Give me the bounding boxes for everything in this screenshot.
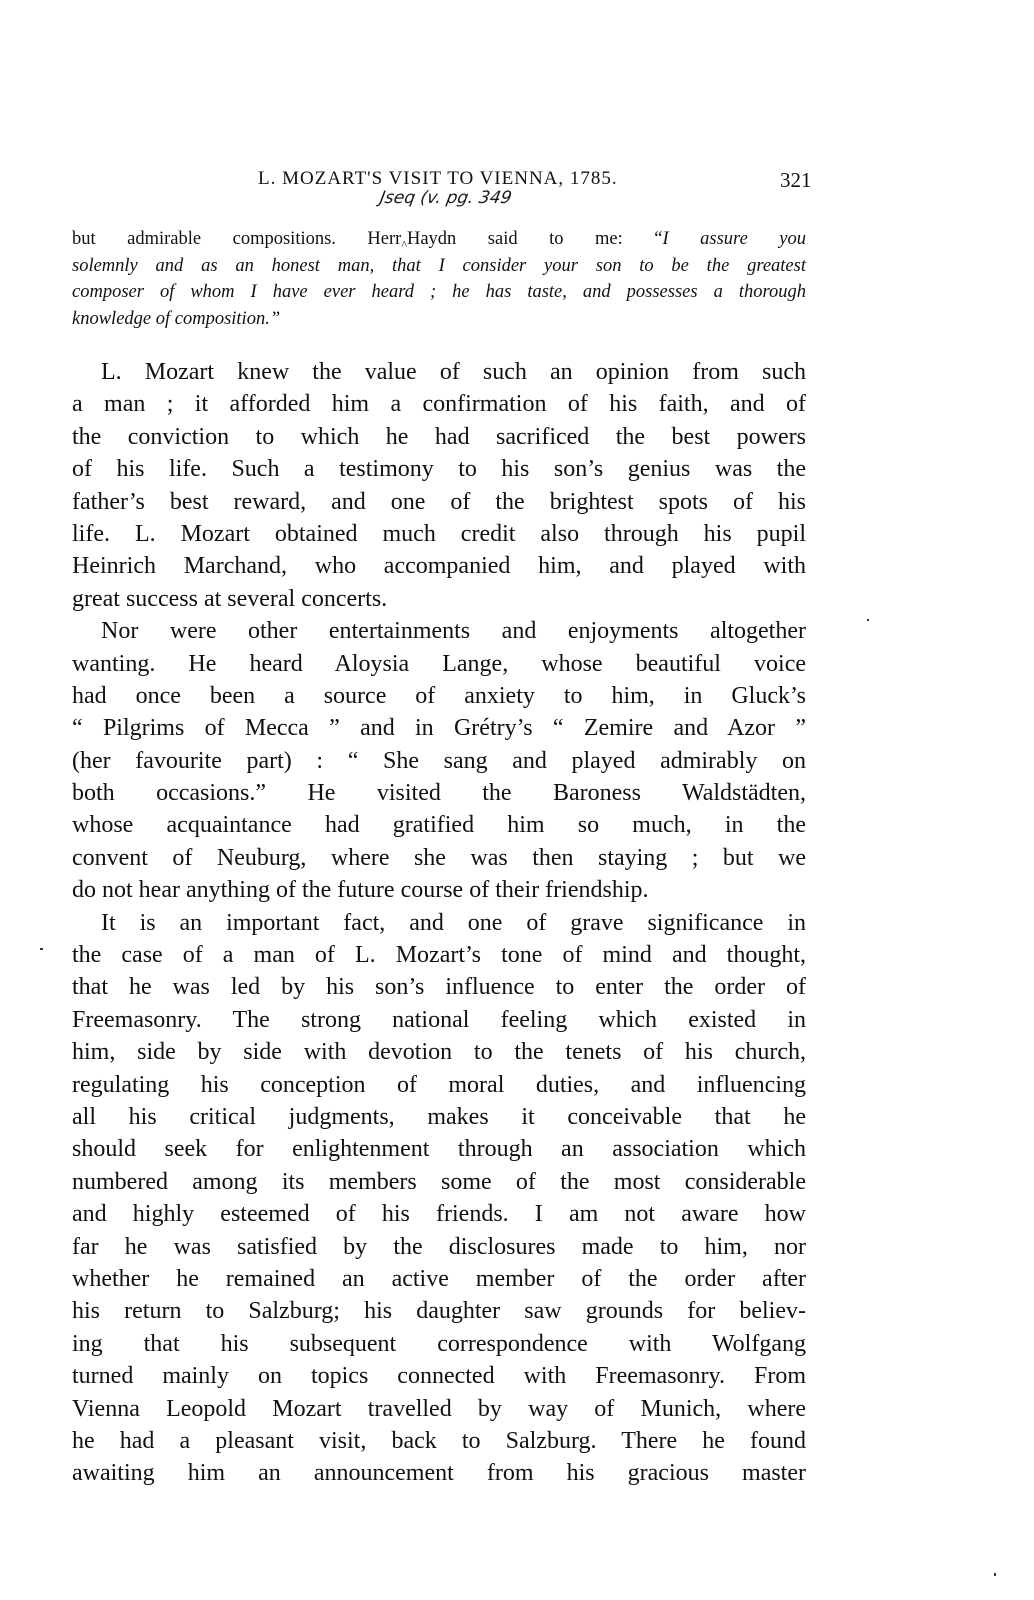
quote-line-italic: I assure you	[662, 229, 806, 249]
book-page: L. MOZART'S VISIT TO VIENNA, 1785. 321 J…	[0, 0, 1034, 1600]
paragraph-2-line: convent of Neuburg, where she was then s…	[72, 842, 806, 874]
paragraph-1-line: great success at several concerts.	[72, 583, 806, 615]
quote-line: knowledge of composition.”	[72, 306, 806, 333]
paragraph-2-line: do not hear anything of the future cours…	[72, 874, 806, 906]
quote-line-italic: knowledge of composition.”	[72, 309, 280, 329]
paragraph-3-line: his return to Salzburg; his daughter saw…	[72, 1295, 806, 1327]
quote-line: solemnly and as an honest man, that I co…	[72, 253, 806, 280]
paragraph-3-line: awaiting him an announcement from his gr…	[72, 1457, 806, 1489]
paragraph-2-line: Nor were other entertainments and enjoym…	[72, 615, 806, 647]
scan-speck	[994, 1573, 996, 1576]
paragraph-3-line: far he was satisfied by the disclosures …	[72, 1231, 806, 1263]
paragraph-3-line: turned mainly on topics connected with F…	[72, 1360, 806, 1392]
paragraph-3-line: Freemasonry. The strong national feeling…	[72, 1004, 806, 1036]
paragraph-1-line: Heinrich Marchand, who accompanied him, …	[72, 550, 806, 582]
paragraph-3-line: numbered among its members some of the m…	[72, 1166, 806, 1198]
paragraph-2-line: wanting. He heard Aloysia Lange, whose b…	[72, 648, 806, 680]
paragraph-3-line: It is an important fact, and one of grav…	[72, 907, 806, 939]
paragraph-3-line: should seek for enlightenment through an…	[72, 1133, 806, 1165]
quote-line-italic: solemnly and as an honest man, that I co…	[72, 256, 806, 276]
quote-line: but admirable compositions. Herr^Haydn s…	[72, 226, 806, 253]
paragraph-2-line: whose acquaintance had gratified him so …	[72, 809, 806, 841]
running-head: L. MOZART'S VISIT TO VIENNA, 1785.	[258, 168, 618, 190]
paragraph-3-line: that he was led by his son’s influence t…	[72, 971, 806, 1003]
paragraph-3-line: regulating his conception of moral dutie…	[72, 1069, 806, 1101]
quote-line-italic: composer of whom I have ever heard ; he …	[72, 282, 806, 302]
paragraph-2-line: “ Pilgrims of Mecca ” and in Grétry’s “ …	[72, 712, 806, 744]
page-number: 321	[780, 168, 812, 193]
paragraph-3-line: Vienna Leopold Mozart travelled by way o…	[72, 1393, 806, 1425]
paragraph-3-line: him, side by side with devotion to the t…	[72, 1036, 806, 1068]
scan-speck	[867, 619, 869, 621]
paragraph-3-line: ing that his subsequent correspondence w…	[72, 1328, 806, 1360]
quote-line-roman: but admirable compositions. Herr	[72, 229, 401, 249]
handwritten-annotation: Jseq (v. pg. 349	[378, 188, 513, 208]
quote-line-roman-2: Haydn said to me: “	[407, 229, 663, 249]
quote-line: composer of whom I have ever heard ; he …	[72, 279, 806, 306]
paragraph-1-line: of his life. Such a testimony to his son…	[72, 453, 806, 485]
body-text: L. Mozart knew the value of such an opin…	[72, 356, 806, 1490]
scan-speck	[40, 948, 43, 950]
paragraph-1-line: father’s best reward, and one of the bri…	[72, 486, 806, 518]
paragraph-2-line: had once been a source of anxiety to him…	[72, 680, 806, 712]
paragraph-3-line: and highly esteemed of his friends. I am…	[72, 1198, 806, 1230]
paragraph-1-line: the conviction to which he had sacrifice…	[72, 421, 806, 453]
paragraph-1-line: a man ; it afforded him a confirmation o…	[72, 388, 806, 420]
paragraph-1-line: L. Mozart knew the value of such an opin…	[72, 356, 806, 388]
paragraph-1-line: life. L. Mozart obtained much credit als…	[72, 518, 806, 550]
paragraph-3-line: all his critical judgments, makes it con…	[72, 1101, 806, 1133]
paragraph-3-line: he had a pleasant visit, back to Salzbur…	[72, 1425, 806, 1457]
paragraph-2-line: (her favourite part) : “ She sang and pl…	[72, 745, 806, 777]
paragraph-3-line: the case of a man of L. Mozart’s tone of…	[72, 939, 806, 971]
paragraph-2-line: both occasions.” He visited the Baroness…	[72, 777, 806, 809]
haydn-quote-block: but admirable compositions. Herr^Haydn s…	[72, 226, 806, 332]
paragraph-3-line: whether he remained an active member of …	[72, 1263, 806, 1295]
